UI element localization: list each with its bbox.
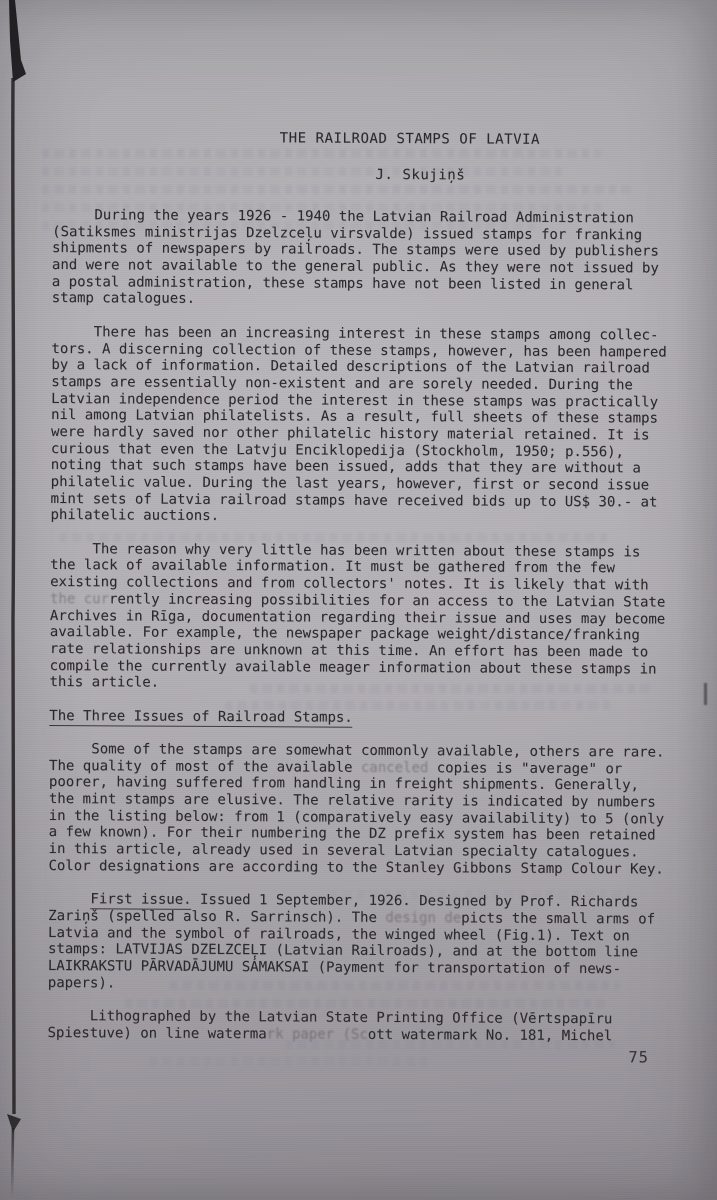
article-body: During the years 1926 - 1940 the Latvian…	[47, 207, 682, 1062]
paragraph-rarity: Some of the stamps are somewhat commonly…	[48, 741, 679, 878]
text-line: The Three Issues of Railroad Stamps.	[49, 708, 679, 728]
text-line: philatelic auctions.	[50, 507, 680, 527]
author-byline: J. Skujiņš	[375, 167, 465, 184]
document-page: THE RAILROAD STAMPS OF LATVIA J. Skujiņš…	[0, 0, 717, 1200]
section-heading: The Three Issues of Railroad Stamps.	[49, 708, 679, 728]
paragraph-reason: The reason why very little has been writ…	[49, 541, 680, 695]
page-title: THE RAILROAD STAMPS OF LATVIA	[280, 130, 540, 147]
text-line: Spiestuve) on line watermark paper (Scot…	[47, 1025, 677, 1045]
text-line: stamp catalogues.	[52, 290, 682, 310]
paragraph-first-issue: First issue. Issued 1 September, 1926. D…	[48, 891, 679, 995]
page-number: 75	[628, 1048, 649, 1066]
paragraph-lithographed: Lithographed by the Latvian State Printi…	[47, 1008, 677, 1045]
text-line: this article.	[49, 674, 679, 694]
paragraph-intro: During the years 1926 - 1940 the Latvian…	[52, 207, 683, 311]
paragraph-interest: There has been an increasing interest in…	[50, 324, 681, 528]
text-line: Color designations are according to the …	[48, 858, 678, 878]
